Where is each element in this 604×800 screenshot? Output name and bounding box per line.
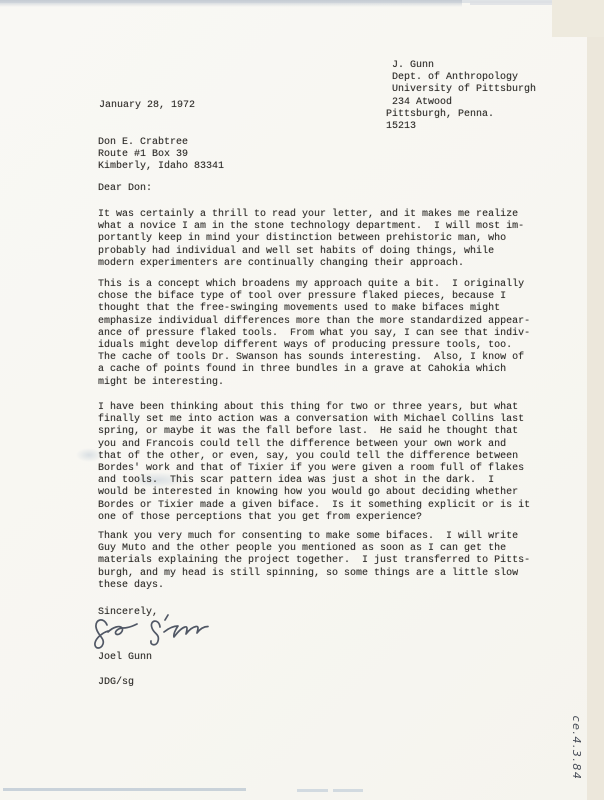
scanned-letter-page: J. Gunn Dept. of Anthropology University… [0, 0, 604, 800]
scan-right-backing-strip [587, 0, 604, 800]
scan-top-edge-dash [470, 1, 555, 5]
scan-bottom-edge-dash [297, 789, 328, 792]
recipient-address-block: Don E. Crabtree Route #1 Box 39 Kimberly… [98, 137, 224, 174]
scan-bottom-edge-shadow [3, 788, 246, 791]
scan-bottom-edge-dash [333, 789, 363, 792]
typed-sender-name: Joel Gunn [98, 652, 152, 664]
signature-handwriting [92, 612, 242, 656]
body-paragraph-1: It was certainly a thrill to read your l… [98, 209, 524, 270]
body-paragraph-3: I have been thinking about this thing fo… [98, 402, 530, 524]
body-paragraph-2: This is a concept which broadens my appr… [98, 279, 530, 389]
scan-top-edge-shadow [0, 0, 462, 7]
sender-address-block: J. Gunn Dept. of Anthropology University… [386, 60, 536, 133]
typist-reference-initials: JDG/sg [98, 677, 134, 689]
salutation: Dear Don: [98, 183, 152, 195]
archive-annotation-handwritten: ce.4.3.84 [567, 706, 583, 790]
scan-top-right-corner-patch [552, 0, 604, 37]
letter-date: January 28, 1972 [99, 100, 195, 112]
body-paragraph-4: Thank you very much for consenting to ma… [98, 531, 530, 592]
